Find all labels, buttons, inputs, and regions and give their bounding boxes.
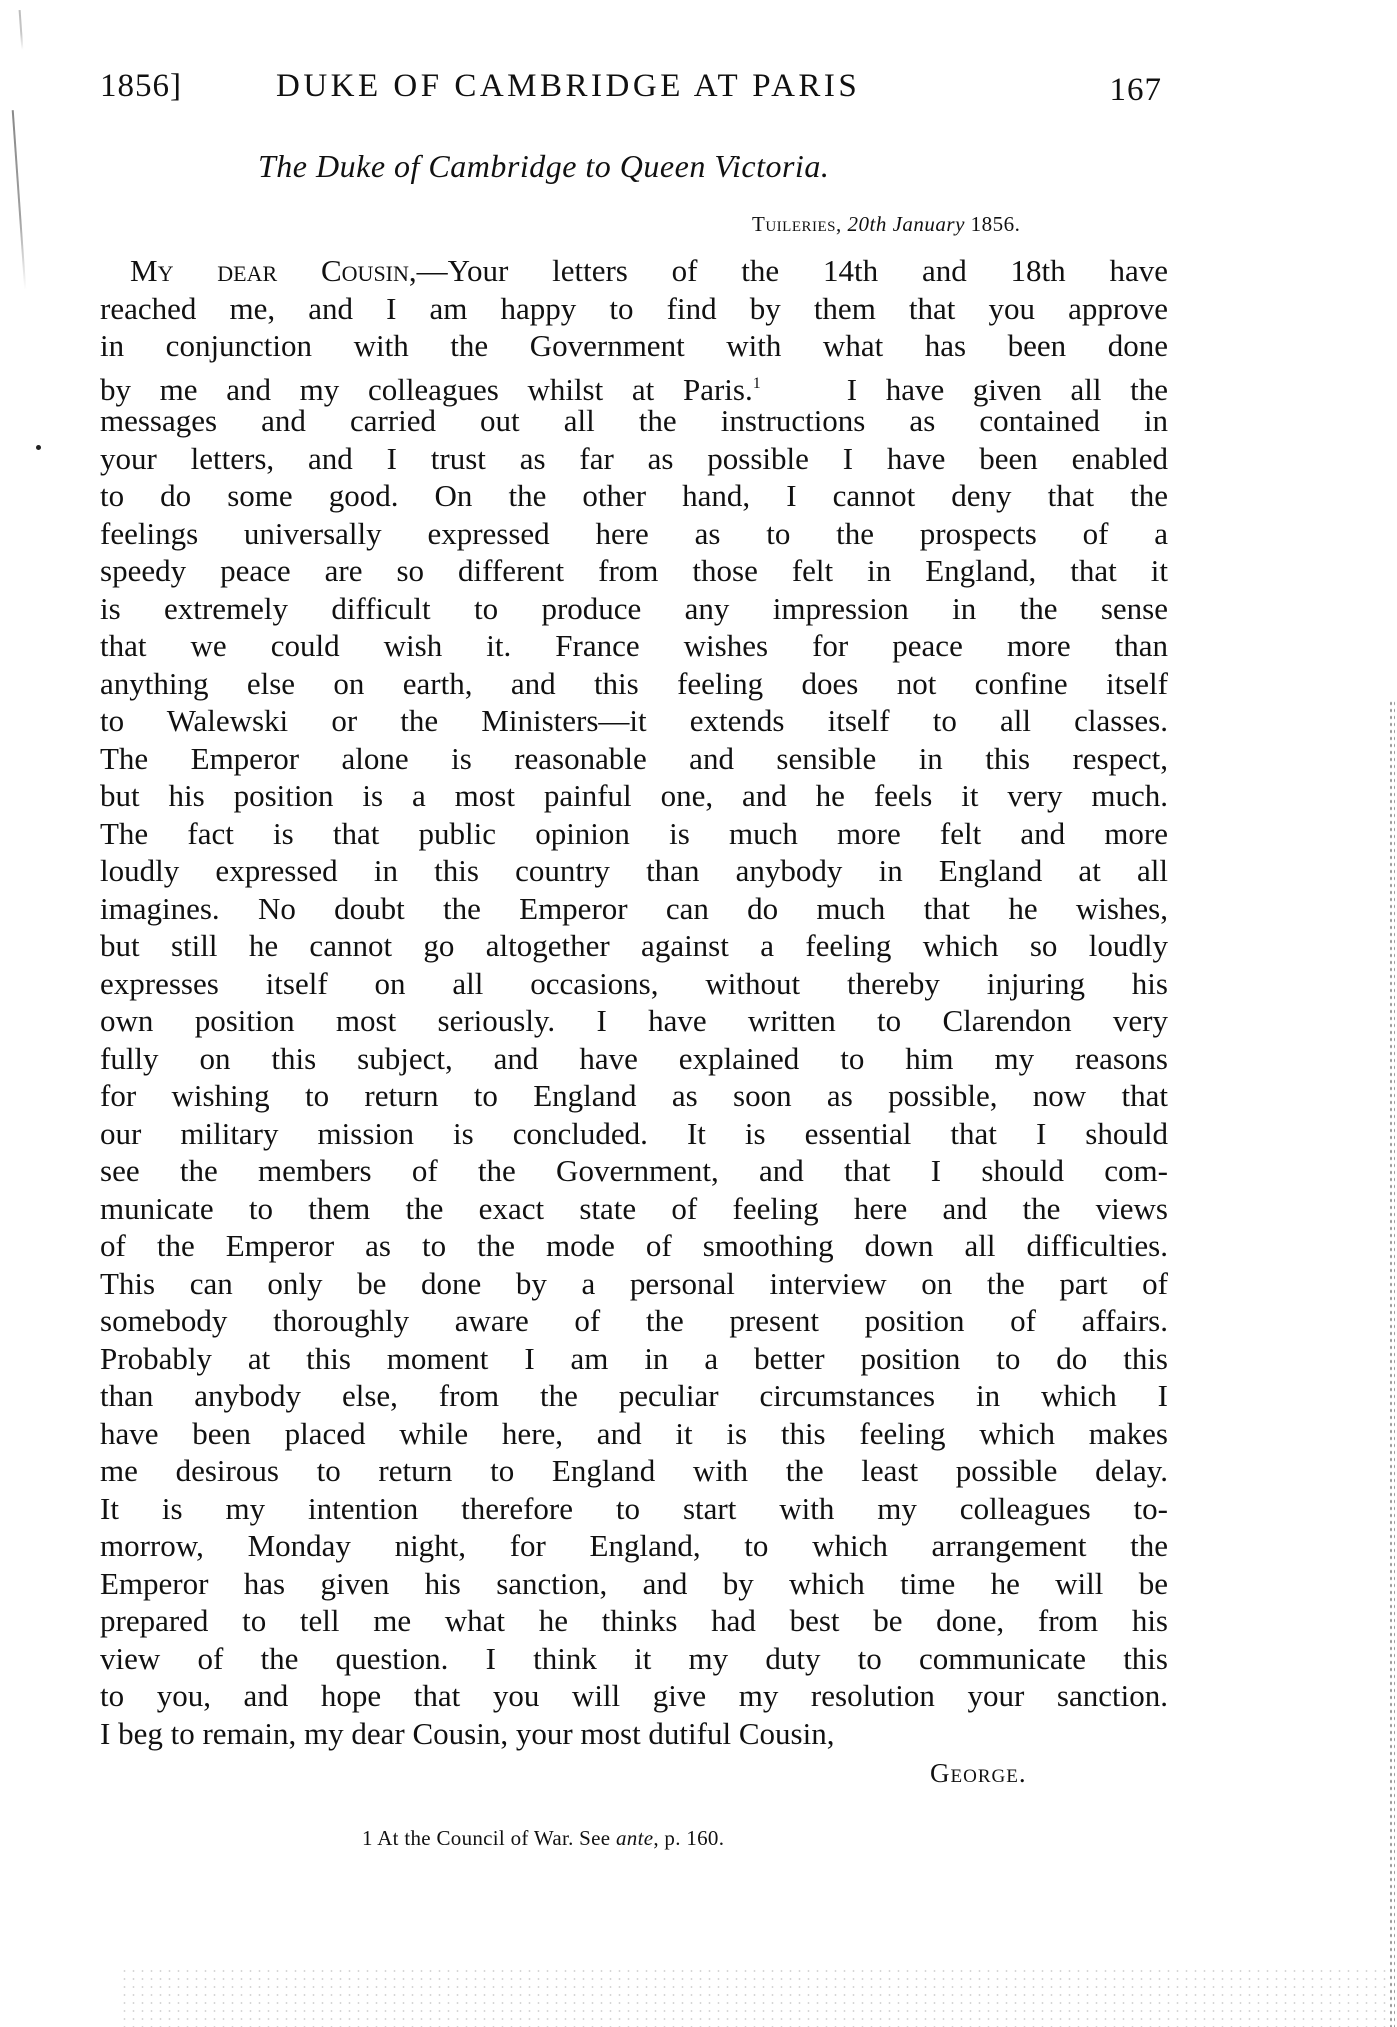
dateline-year: 1856. — [971, 212, 1021, 236]
body-line: your letters, and I trust as far as poss… — [100, 440, 1168, 478]
body-line: My dear Cousin,—Your letters of the 14th… — [100, 252, 1168, 290]
body-line: anything else on earth, and this feeling… — [100, 665, 1168, 703]
body-line: speedy peace are so different from those… — [100, 552, 1168, 590]
body-line: view of the question. I think it my duty… — [100, 1640, 1168, 1678]
margin-mark — [36, 445, 41, 450]
dateline-place: Tuileries, — [752, 212, 842, 236]
body-line: somebody thoroughly aware of the present… — [100, 1302, 1168, 1340]
running-head: 1856] DUKE OF CAMBRIDGE AT PARIS 167 — [100, 68, 1168, 108]
body-line: fully on this subject, and have explaine… — [100, 1040, 1168, 1078]
body-line: that we could wish it. France wishes for… — [100, 627, 1168, 665]
body-line: for wishing to return to England as soon… — [100, 1077, 1168, 1115]
dateline-date: 20th January — [848, 212, 965, 236]
body-line: of the Emperor as to the mode of smoothi… — [100, 1227, 1168, 1265]
body-line: me desirous to return to England with th… — [100, 1452, 1168, 1490]
footnote-italic: ante — [616, 1826, 653, 1850]
book-page: 1856] DUKE OF CAMBRIDGE AT PARIS 167 The… — [0, 0, 1397, 2027]
body-line: prepared to tell me what he thinks had b… — [100, 1602, 1168, 1640]
scan-artifact-left-top — [19, 10, 24, 50]
body-line: messages and carried out all the instruc… — [100, 402, 1168, 440]
body-line: reached me, and I am happy to find by th… — [100, 290, 1168, 328]
body-line: This can only be done by a personal inte… — [100, 1265, 1168, 1303]
running-head-year: 1856] — [100, 68, 182, 105]
body-line: The Emperor alone is reasonable and sens… — [100, 740, 1168, 778]
body-line: than anybody else, from the peculiar cir… — [100, 1377, 1168, 1415]
footnote-reference: 1 — [753, 375, 761, 392]
body-line: but his position is a most painful one, … — [100, 777, 1168, 815]
body-line: Emperor has given his sanction, and by w… — [100, 1565, 1168, 1603]
running-head-title: DUKE OF CAMBRIDGE AT PARIS — [276, 68, 860, 105]
body-line: municate to them the exact state of feel… — [100, 1190, 1168, 1228]
body-line: but still he cannot go altogether agains… — [100, 927, 1168, 965]
body-line: morrow, Monday night, for England, to wh… — [100, 1527, 1168, 1565]
body-line: Probably at this moment I am in a better… — [100, 1340, 1168, 1378]
scan-artifact-right — [1389, 700, 1395, 2027]
letter-dateline: Tuileries, 20th January 1856. — [752, 212, 1020, 237]
body-line: It is my intention therefore to start wi… — [100, 1490, 1168, 1528]
body-line: own position most seriously. I have writ… — [100, 1002, 1168, 1040]
body-line: to Walewski or the Ministers—it extends … — [100, 702, 1168, 740]
scan-artifact-bottom — [120, 1967, 1390, 2027]
footnote-text-end: , p. 160. — [653, 1826, 724, 1850]
body-line: expresses itself on all occasions, witho… — [100, 965, 1168, 1003]
body-line: imagines. No doubt the Emperor can do mu… — [100, 890, 1168, 928]
body-line: by me and my colleagues whilst at Paris.… — [100, 365, 1168, 403]
salutation: My dear Cousin, — [130, 253, 417, 288]
body-line: see the members of the Government, and t… — [100, 1152, 1168, 1190]
body-line: to do some good. On the other hand, I ca… — [100, 477, 1168, 515]
footnote-text: At the Council of War. See — [377, 1826, 610, 1850]
body-line: feelings universally expressed here as t… — [100, 515, 1168, 553]
scan-artifact-left — [12, 110, 27, 290]
footnote-marker: 1 — [362, 1826, 373, 1850]
letter-heading: The Duke of Cambridge to Queen Victoria. — [0, 148, 1397, 185]
body-line: to you, and hope that you will give my r… — [100, 1677, 1168, 1715]
body-line: I beg to remain, my dear Cousin, your mo… — [100, 1715, 1168, 1753]
body-line: our military mission is concluded. It is… — [100, 1115, 1168, 1153]
letter-body: My dear Cousin,—Your letters of the 14th… — [100, 252, 1168, 1752]
body-line: have been placed while here, and it is t… — [100, 1415, 1168, 1453]
footnote: 1 At the Council of War. See ante, p. 16… — [362, 1826, 724, 1851]
letter-signature: George. — [930, 1758, 1027, 1789]
body-line: loudly expressed in this country than an… — [100, 852, 1168, 890]
body-line: The fact is that public opinion is much … — [100, 815, 1168, 853]
body-line: in conjunction with the Government with … — [100, 327, 1168, 365]
page-number: 167 — [1110, 72, 1163, 109]
body-line: is extremely difficult to produce any im… — [100, 590, 1168, 628]
